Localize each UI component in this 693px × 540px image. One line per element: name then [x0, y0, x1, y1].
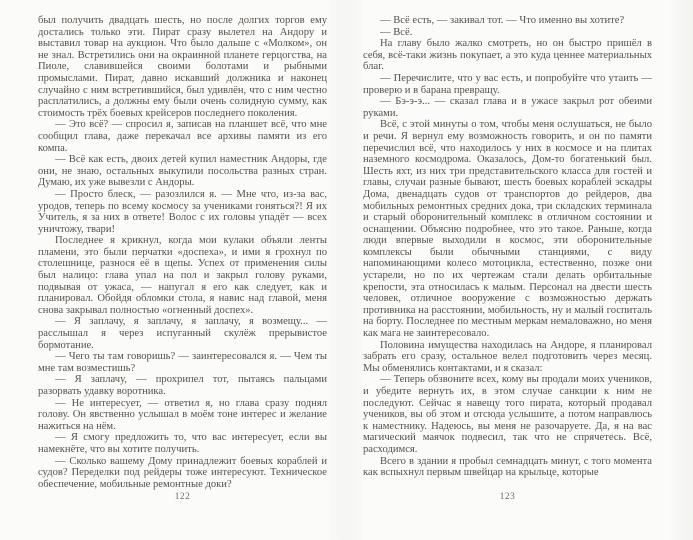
paragraph: Всего в здании я пробыл семнадцать минут… — [363, 456, 652, 479]
paragraph: — Всё есть, — закивал тот. — Что именно … — [363, 15, 652, 27]
book-spread: был получить двадцать шесть, но после до… — [0, 0, 693, 540]
paragraph: — Всё как есть, двоих детей купил намест… — [38, 154, 327, 189]
paragraph: Половина имущества находилась на Андоре,… — [363, 340, 652, 375]
paragraph: — Не интересует, — ответил я, но глава с… — [38, 398, 327, 433]
paragraph: Всё, с этой минуты о том, чтобы меня осл… — [363, 119, 652, 339]
paragraph: — Бэ-э-э... — сказал глава и в ужасе зак… — [363, 96, 652, 119]
page-gutter — [330, 0, 362, 540]
paragraph: — Сколько вашему Дому принадлежит боевых… — [38, 456, 327, 491]
paragraph: — Это всё? — спросил я, записав на планш… — [38, 119, 327, 154]
left-page-text: был получить двадцать шесть, но после до… — [38, 15, 327, 490]
paragraph: — Всё. — [363, 27, 652, 39]
paragraph: — Просто блеск, — разозлился я. — Мне чт… — [38, 189, 327, 235]
page-number-right: 123 — [363, 492, 652, 502]
paragraph: На главу было жалко смотреть, но он быст… — [363, 38, 652, 73]
right-page-text: — Всё есть, — закивал тот. — Что именно … — [363, 15, 652, 479]
paragraph: — Чего ты там говоришь? — заинтересовалс… — [38, 351, 327, 374]
paragraph: — Теперь обзвоните всех, кому вы продали… — [363, 374, 652, 455]
paragraph: Последнее я крикнул, когда мои кулаки об… — [38, 235, 327, 316]
paragraph: — Я заплачу, — прохрипел тот, пытаясь па… — [38, 374, 327, 397]
page-number-left: 122 — [38, 492, 327, 502]
paragraph: был получить двадцать шесть, но после до… — [38, 15, 327, 119]
page-edge-shade — [667, 0, 693, 540]
paragraph: — Я заплачу, я заплачу, я заплачу, я воз… — [38, 316, 327, 351]
paragraph: — Перечислите, что у вас есть, и попробу… — [363, 73, 652, 96]
paragraph: — Я смогу предложить то, что вас интерес… — [38, 432, 327, 455]
